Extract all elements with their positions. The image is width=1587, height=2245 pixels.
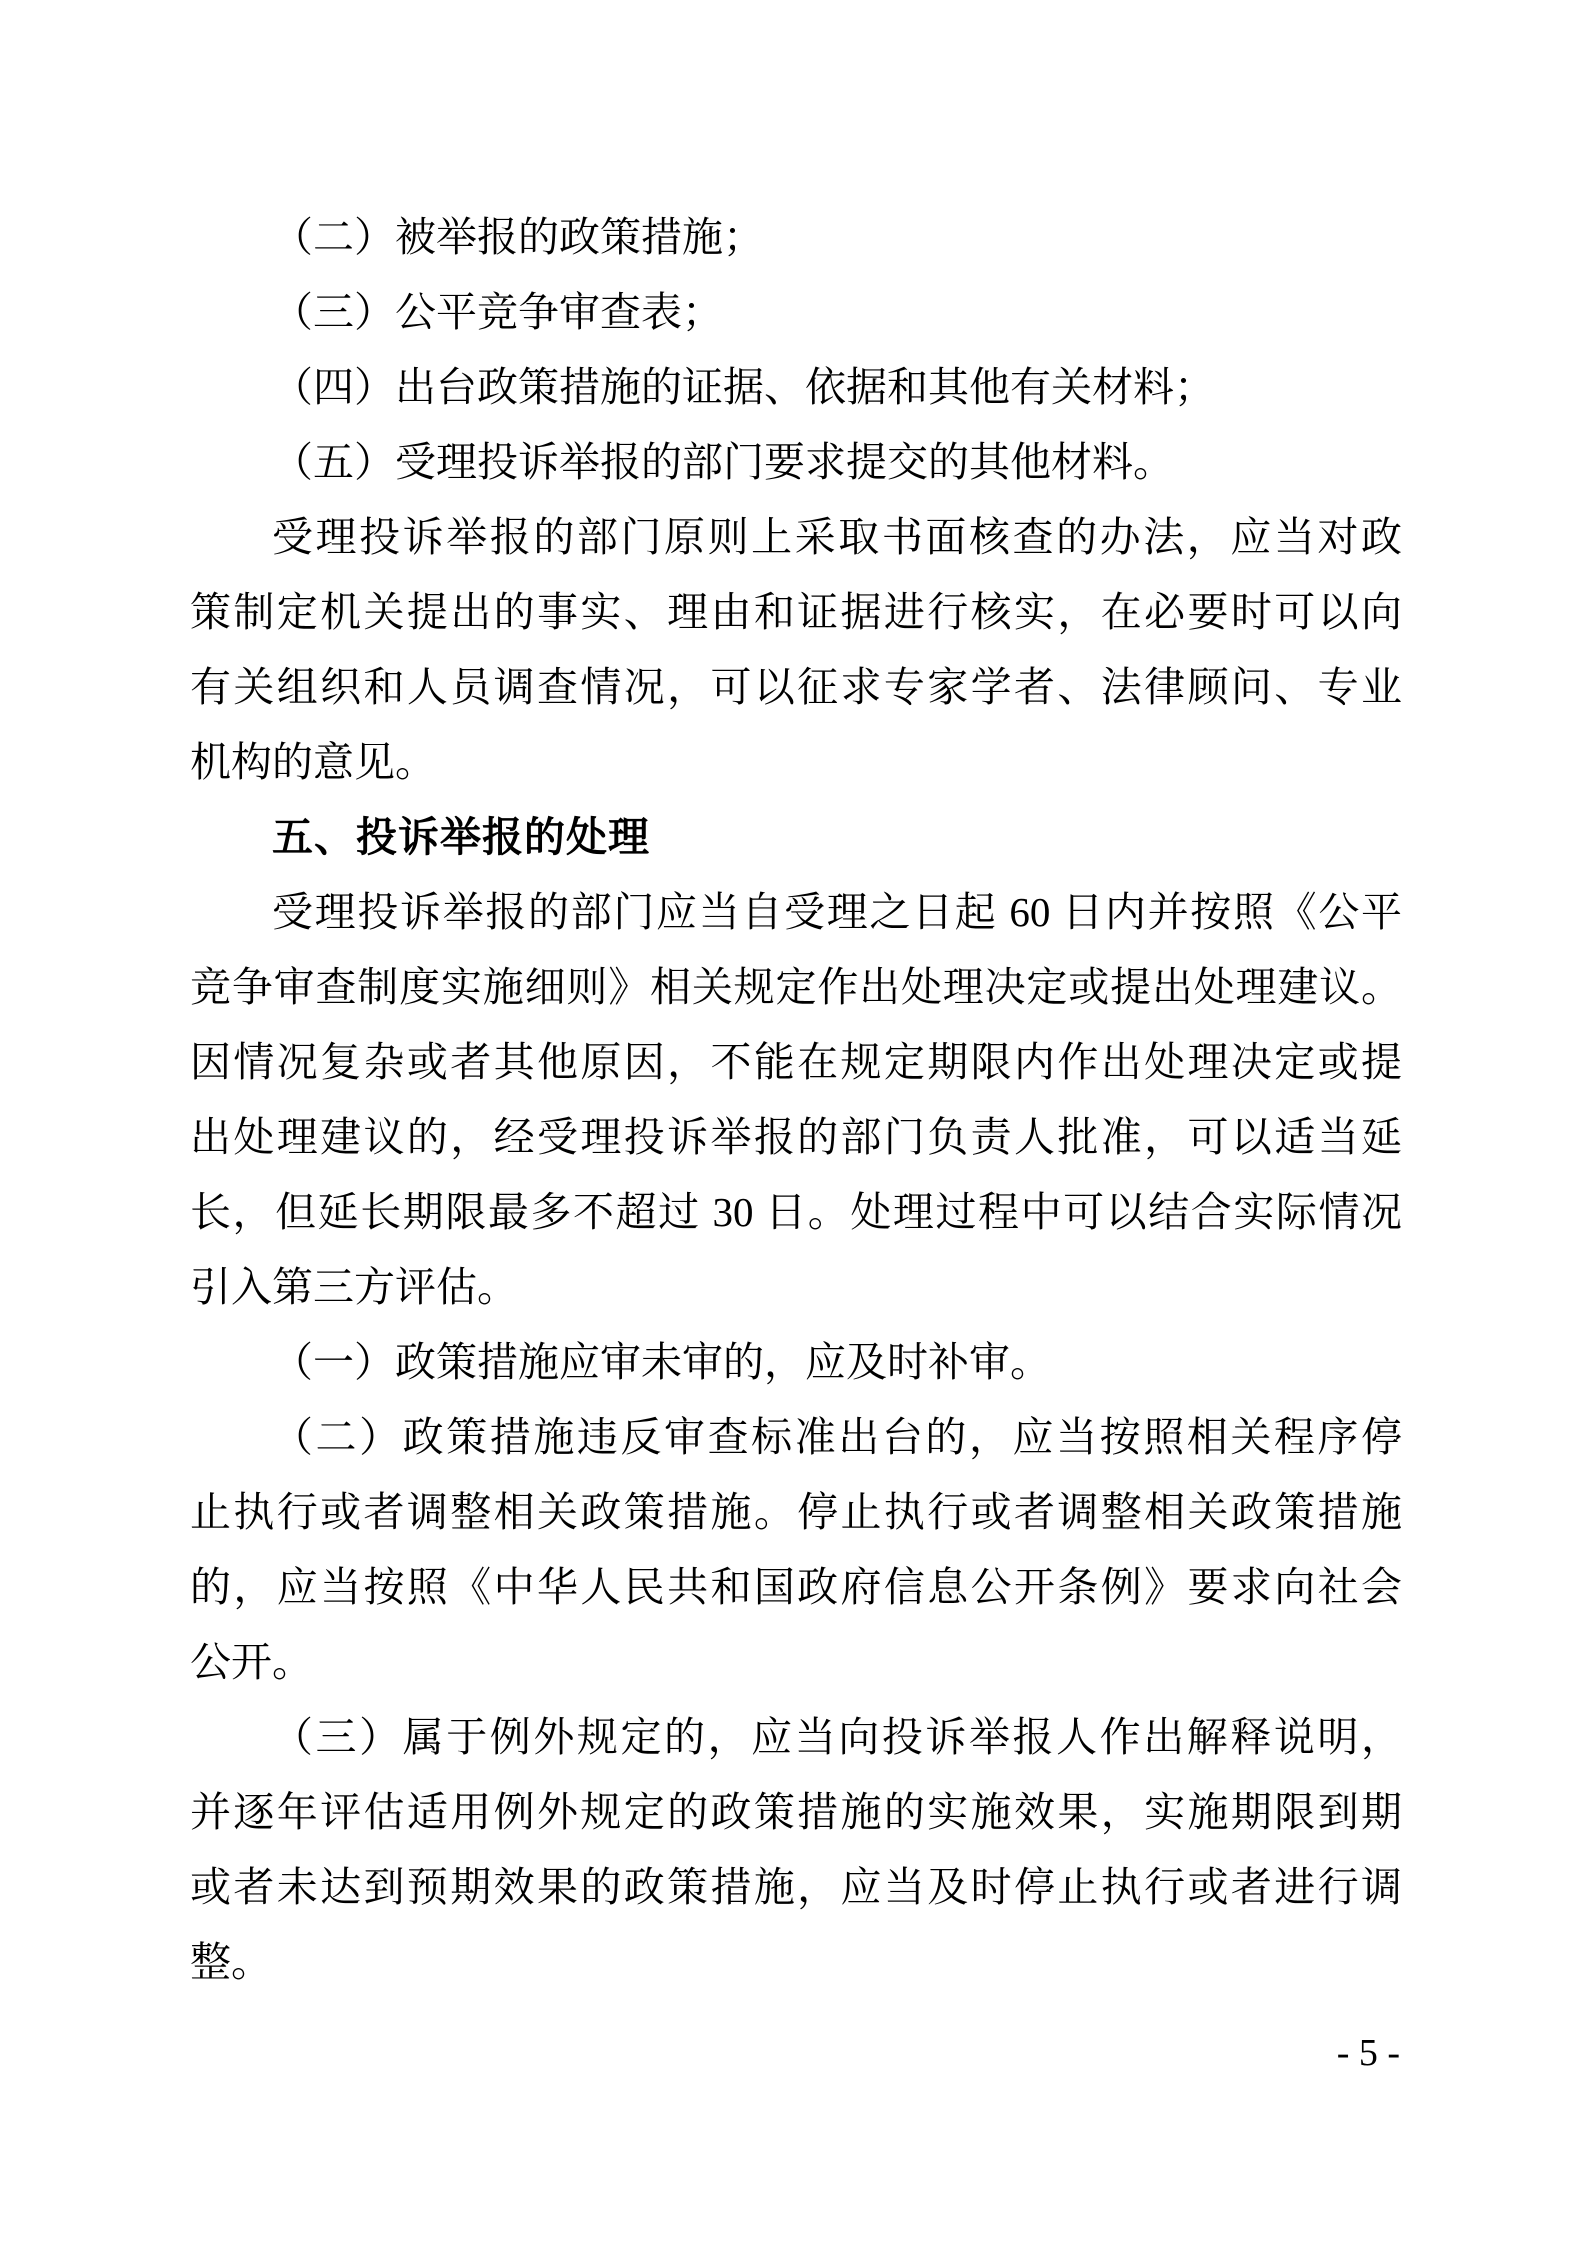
text-line: 受理投诉举报的部门原则上采取书面核查的办法，应当对政: [190, 500, 1402, 575]
text-line: （三）公平竞争审查表；: [190, 275, 1402, 350]
document-body: （二）被举报的政策措施；（三）公平竞争审查表；（四）出台政策措施的证据、依据和其…: [190, 200, 1402, 2000]
text-line: （五）受理投诉举报的部门要求提交的其他材料。: [190, 425, 1402, 500]
section-heading: 五、投诉举报的处理: [190, 800, 1402, 875]
text-line: 止执行或者调整相关政策措施。停止执行或者调整相关政策措施: [190, 1475, 1402, 1550]
text-line: 受理投诉举报的部门应当自受理之日起 60 日内并按照《公平: [190, 875, 1402, 950]
text-line: 并逐年评估适用例外规定的政策措施的实施效果，实施期限到期: [190, 1775, 1402, 1850]
text-line: 引入第三方评估。: [190, 1250, 1402, 1325]
text-line: 或者未达到预期效果的政策措施，应当及时停止执行或者进行调: [190, 1850, 1402, 1925]
text-line: 出处理建议的，经受理投诉举报的部门负责人批准，可以适当延: [190, 1100, 1402, 1175]
text-line: （一）政策措施应审未审的，应及时补审。: [190, 1325, 1402, 1400]
text-line: 的，应当按照《中华人民共和国政府信息公开条例》要求向社会: [190, 1550, 1402, 1625]
text-line: 竞争审查制度实施细则》相关规定作出处理决定或提出处理建议。: [190, 950, 1402, 1025]
text-line: 长，但延长期限最多不超过 30 日。处理过程中可以结合实际情况: [190, 1175, 1402, 1250]
text-line: 有关组织和人员调查情况，可以征求专家学者、法律顾问、专业: [190, 650, 1402, 725]
text-line: （四）出台政策措施的证据、依据和其他有关材料；: [190, 350, 1402, 425]
text-line: （二）政策措施违反审查标准出台的，应当按照相关程序停: [190, 1400, 1402, 1475]
text-line: 策制定机关提出的事实、理由和证据进行核实，在必要时可以向: [190, 575, 1402, 650]
document-page: （二）被举报的政策措施；（三）公平竞争审查表；（四）出台政策措施的证据、依据和其…: [0, 0, 1587, 2245]
text-line: 机构的意见。: [190, 725, 1402, 800]
text-line: （二）被举报的政策措施；: [190, 200, 1402, 275]
page-number: - 5 -: [1337, 2031, 1400, 2076]
text-line: 整。: [190, 1925, 1402, 2000]
text-line: （三）属于例外规定的，应当向投诉举报人作出解释说明，: [190, 1700, 1402, 1775]
text-line: 公开。: [190, 1625, 1402, 1700]
text-line: 因情况复杂或者其他原因，不能在规定期限内作出处理决定或提: [190, 1025, 1402, 1100]
